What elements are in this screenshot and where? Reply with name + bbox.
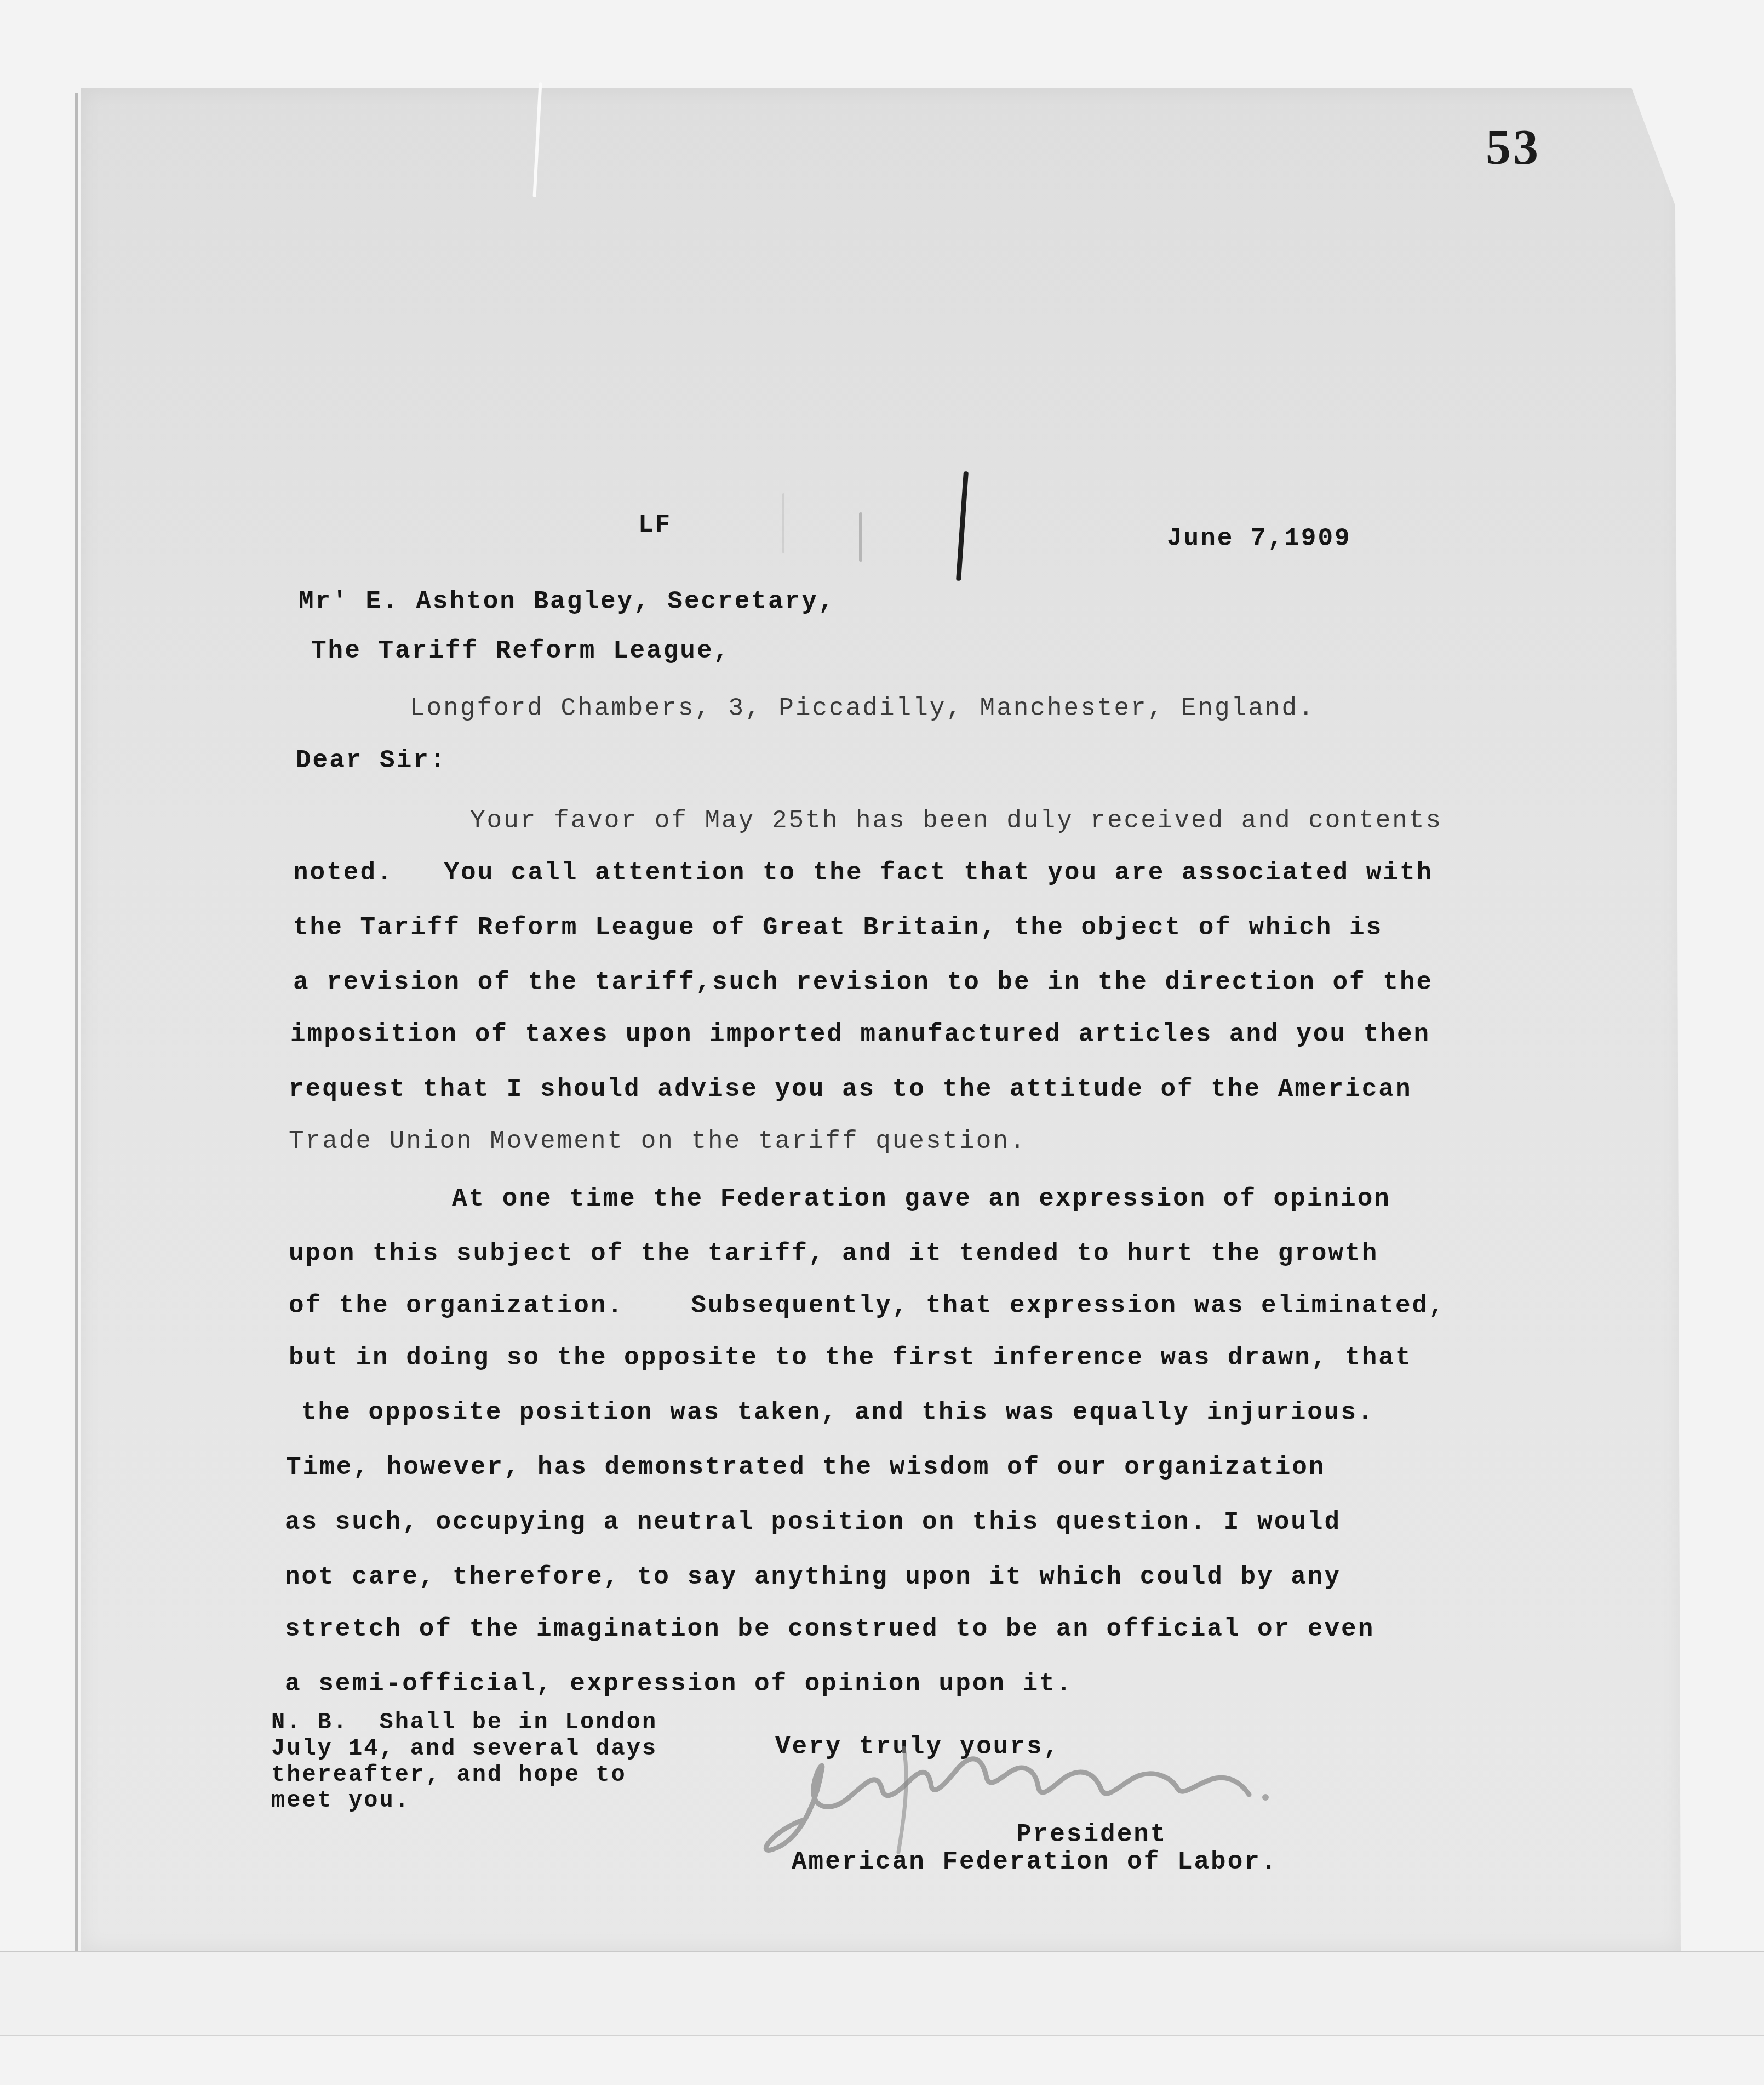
postscript-line: N. B. Shall be in London xyxy=(271,1711,657,1734)
sheet-edge xyxy=(75,93,78,1951)
recipient-address: Longford Chambers, 3, Piccadilly, Manche… xyxy=(410,696,1315,721)
body-line: not care, therefore, to say anything upo… xyxy=(285,1564,1341,1590)
body-line: At one time the Federation gave an expre… xyxy=(452,1186,1391,1212)
body-line: the Tariff Reform League of Great Britai… xyxy=(293,915,1383,940)
body-line: as such, occupying a neutral position on… xyxy=(285,1510,1341,1535)
letter-date: June 7,1909 xyxy=(1167,526,1351,551)
smudge-mark xyxy=(859,512,862,562)
mount-strip xyxy=(0,1951,1764,2036)
body-line: Your favor of May 25th has been duly rec… xyxy=(470,808,1442,833)
body-line: Trade Union Movement on the tariff quest… xyxy=(289,1129,1027,1154)
body-line: a semi-official, expression of opinion u… xyxy=(285,1671,1073,1696)
postscript-line: July 14, and several days xyxy=(271,1737,657,1760)
body-line: a revision of the tariff,such revision t… xyxy=(293,970,1433,995)
signatory-title: President xyxy=(1016,1822,1167,1847)
body-line: of the organization. Subsequently, that … xyxy=(289,1293,1446,1318)
recipient-organization: The Tariff Reform League, xyxy=(311,638,730,664)
body-line: noted. You call attention to the fact th… xyxy=(293,860,1433,886)
body-line: but in doing so the opposite to the firs… xyxy=(289,1345,1412,1370)
postscript-line: thereafter, and hope to xyxy=(271,1763,627,1786)
body-line: the opposite position was taken, and thi… xyxy=(301,1400,1374,1425)
postscript-line: meet you. xyxy=(271,1789,410,1812)
signatory-organization: American Federation of Labor. xyxy=(792,1849,1278,1875)
body-line: stretch of the imagination be construed … xyxy=(285,1616,1374,1642)
initials: LF xyxy=(638,512,672,538)
recipient-name: Mr' E. Ashton Bagley, Secretary, xyxy=(299,589,835,614)
body-line: request that I should advise you as to t… xyxy=(289,1077,1412,1102)
body-line: Time, however, has demonstrated the wisd… xyxy=(286,1455,1325,1480)
smudge-mark xyxy=(782,493,784,553)
salutation: Dear Sir: xyxy=(296,748,446,773)
body-line: imposition of taxes upon imported manufa… xyxy=(290,1022,1430,1047)
body-line: upon this subject of the tariff, and it … xyxy=(289,1241,1378,1266)
page-number: 53 xyxy=(1486,118,1540,176)
